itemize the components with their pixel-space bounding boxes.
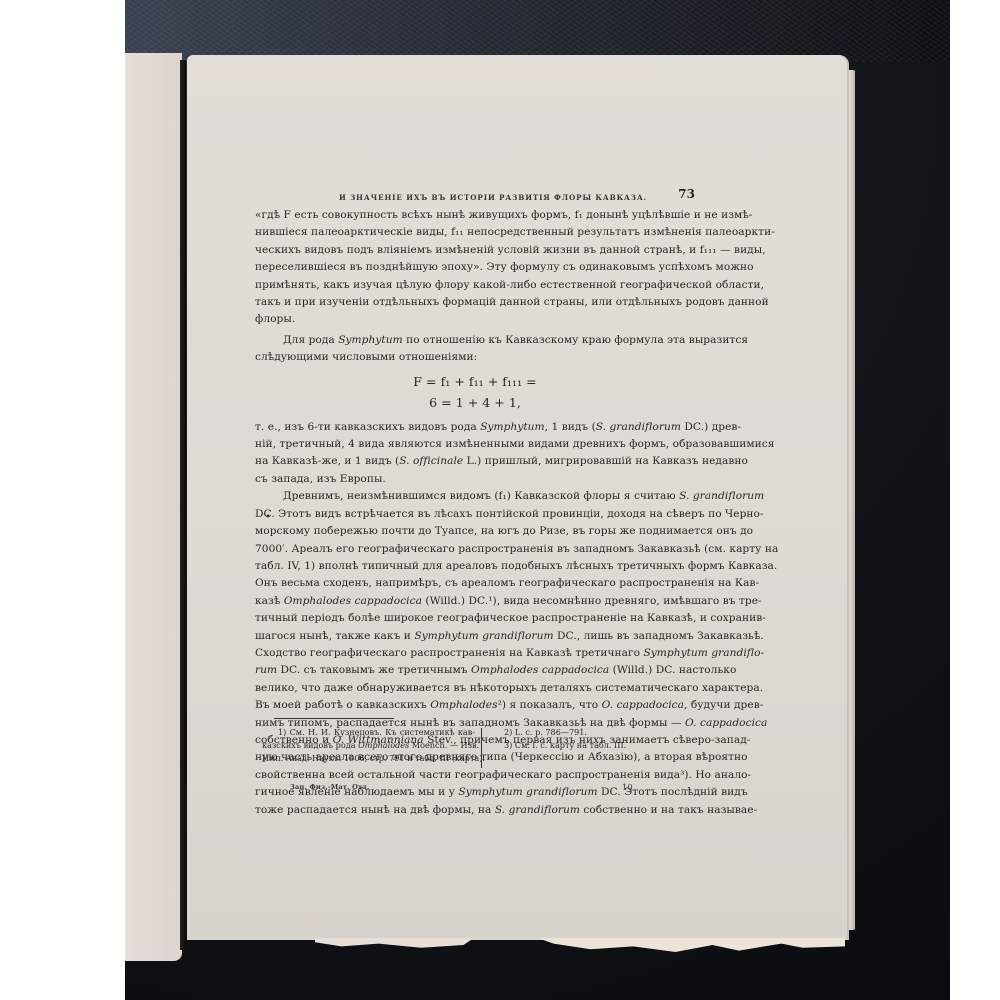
text-line: DC. Этотъ видъ встрѣчается въ лѣсахъ пон… xyxy=(255,506,695,523)
footnote-line: Имп. Акад. Наукъ. 1906, стр. 791 и табл.… xyxy=(262,752,475,765)
text-line: примѣнять, какъ изучая цѣлую флору какой… xyxy=(255,277,695,294)
signature-mark: Зап. Физ.-Мат. Отд. xyxy=(290,783,369,791)
signature-number: 10 xyxy=(622,782,633,792)
text-line: т. е., изъ 6-ти кавказскихъ видовъ рода … xyxy=(255,419,695,436)
text-line: флоры. xyxy=(255,311,695,328)
footnote-2: 2) L. c. p. 786—791. xyxy=(504,726,694,739)
running-title: И ЗНАЧЕНІЕ ИХЪ ВЪ ИСТОРІИ РАЗВИТІЯ ФЛОРЫ… xyxy=(339,189,647,206)
formula: F = f₁ + f₁₁ + f₁₁₁ = 6 = 1 + 4 + 1, xyxy=(255,371,695,413)
margin-mark: • xyxy=(265,512,271,523)
text-line: съ запада, изъ Европы. xyxy=(255,471,695,488)
text-line: табл. IV, 1) вполнѣ типичный для ареалов… xyxy=(255,558,695,575)
book-gutter xyxy=(180,60,186,950)
footnote-column-divider xyxy=(481,728,482,768)
footnote-line: 1) См. Н. И. Кузнецовъ. Къ систематикѣ к… xyxy=(262,726,475,739)
text-line: тичный періодъ болѣе широкое географичес… xyxy=(255,610,695,627)
page-body: И ЗНАЧЕНІЕ ИХЪ ВЪ ИСТОРІИ РАЗВИТІЯ ФЛОРЫ… xyxy=(255,187,695,819)
footnote-3: 3) См. l. c. карту на табл. III. xyxy=(504,739,694,752)
paragraph-3: т. е., изъ 6-ти кавказскихъ видовъ рода … xyxy=(255,419,695,489)
text-line: тоже распадается нынѣ на двѣ формы, на S… xyxy=(255,802,695,819)
text-line: морскому побережью почти до Туапсе, на ю… xyxy=(255,523,695,540)
text-line: Онъ весьма сходенъ, напримѣръ, съ ареало… xyxy=(255,575,695,592)
text-line: такъ и при изученіи отдѣльныхъ формацій … xyxy=(255,294,695,311)
formula-line-1: F = f₁ + f₁₁ + f₁₁₁ = xyxy=(255,371,695,392)
leather-surface xyxy=(125,0,950,62)
text-line: на Кавказѣ-же, и 1 видъ (S. officinale L… xyxy=(255,453,695,470)
text-line: переселившіеся въ позднѣйшую эпоху». Эту… xyxy=(255,259,695,276)
text-line: Древнимъ, неизмѣнившимся видомъ (f₁) Кав… xyxy=(255,488,695,505)
formula-line-2: 6 = 1 + 4 + 1, xyxy=(255,392,695,413)
text-line: Для рода Symphytum по отношенію къ Кавка… xyxy=(255,332,695,349)
paragraph-2: Для рода Symphytum по отношенію къ Кавка… xyxy=(255,332,695,367)
text-line: ній, третичный, 4 вида являются измѣненн… xyxy=(255,436,695,453)
text-line: ческихъ видовъ подъ вліяніемъ измѣненій … xyxy=(255,242,695,259)
text-line: велико, что даже обнаруживается въ нѣкот… xyxy=(255,680,695,697)
left-page-edge xyxy=(125,53,182,961)
text-line: нившіеся палеоарктическіе виды, f₁₁ непо… xyxy=(255,224,695,241)
text-line: 7000′. Ареалъ его географическаго распро… xyxy=(255,541,695,558)
text-line: шагося нынѣ, также какъ и Symphytum gran… xyxy=(255,628,695,645)
text-line: rum DC. съ таковымъ же третичнымъ Omphal… xyxy=(255,662,695,679)
paragraph-1: «гдѣ F есть совокупность всѣхъ нынѣ живу… xyxy=(255,207,695,329)
text-line: казѣ Omphalodes cappadocica (Willd.) DC.… xyxy=(255,593,695,610)
page-number: 73 xyxy=(678,186,695,203)
text-line: Сходство географическаго распространенія… xyxy=(255,645,695,662)
paragraph-4: Древнимъ, неизмѣнившимся видомъ (f₁) Кав… xyxy=(255,488,695,819)
footnote-rule xyxy=(274,718,394,719)
text-line: слѣдующими числовыми отношеніями: xyxy=(255,349,695,366)
text-line: «гдѣ F есть совокупность всѣхъ нынѣ живу… xyxy=(255,207,695,224)
footnotes-2-3: 2) L. c. p. 786—791. 3) См. l. c. карту … xyxy=(504,726,694,752)
torn-page-bottom xyxy=(315,938,845,952)
footnote-line: казскихъ видовъ рода Omphalodes Moench. … xyxy=(262,739,475,752)
running-head: И ЗНАЧЕНІЕ ИХЪ ВЪ ИСТОРІИ РАЗВИТІЯ ФЛОРЫ… xyxy=(255,187,695,207)
text-line: Въ моей работѣ о кавказскихъ Omphalodes²… xyxy=(255,697,695,714)
footnote-1: 1) См. Н. И. Кузнецовъ. Къ систематикѣ к… xyxy=(262,726,475,764)
